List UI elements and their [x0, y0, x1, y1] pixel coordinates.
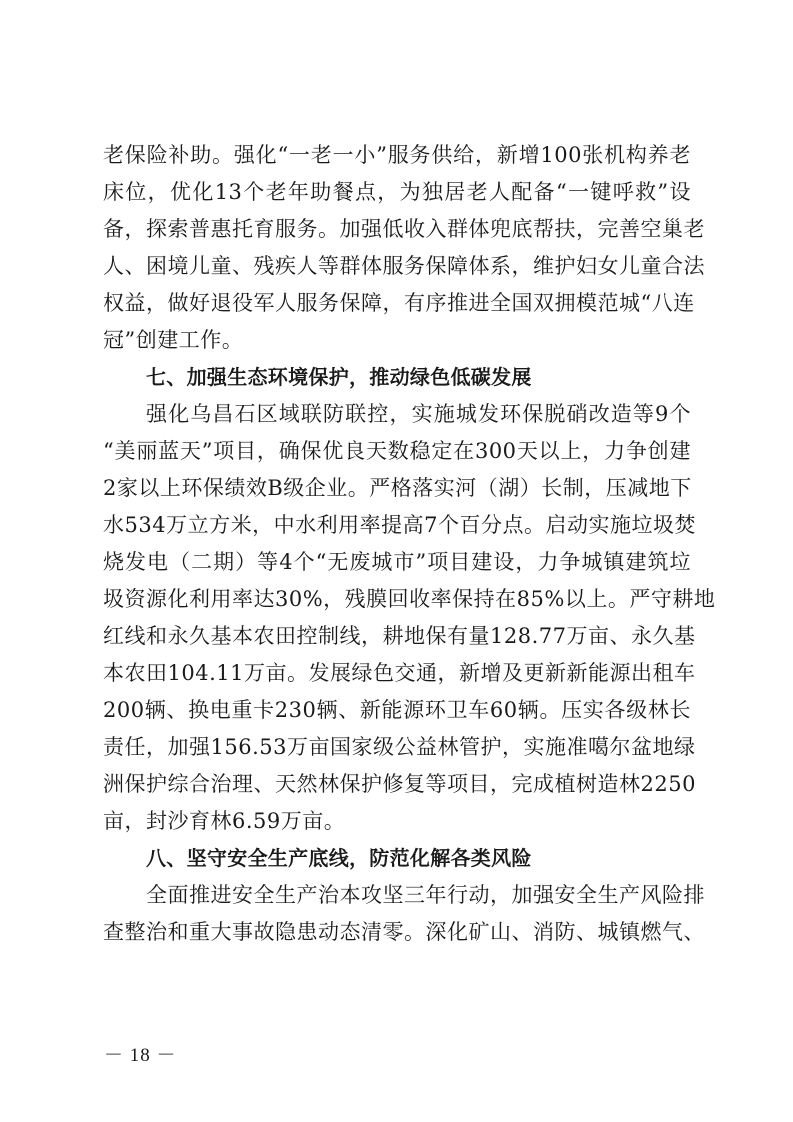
paragraph-line: “美丽蓝天”项目，确保优良天数稳定在300天以上，力争创建	[103, 433, 691, 470]
page-number: － 18 －	[104, 1040, 177, 1067]
paragraph-line: 本农田104.11万亩。发展绿色交通，新增及更新新能源出租车	[103, 655, 691, 692]
paragraph-line: 200辆、换电重卡230辆、新能源环卫车60辆。压实各级林长	[103, 692, 691, 729]
section-heading-7: 七、加强生态环境保护，推动绿色低碳发展	[103, 359, 691, 396]
paragraph-line: 老保险补助。强化“一老一小”服务供给，新增100张机构养老	[103, 137, 691, 174]
paragraph-line: 强化乌昌石区域联防联控，实施城发环保脱硝改造等9个	[103, 396, 691, 433]
paragraph-line: 水534万立方米，中水利用率提高7个百分点。启动实施垃圾焚	[103, 507, 691, 544]
paragraph-line: 权益，做好退役军人服务保障，有序推进全国双拥模范城“八连	[103, 285, 691, 322]
body-text: 老保险补助。强化“一老一小”服务供给，新增100张机构养老 床位，优化13个老年…	[103, 137, 691, 951]
paragraph-line: 全面推进安全生产治本攻坚三年行动，加强安全生产风险排	[103, 877, 691, 914]
paragraph-line: 2家以上环保绩效B级企业。严格落实河（湖）长制，压减地下	[103, 470, 691, 507]
paragraph-line: 红线和永久基本农田控制线，耕地保有量128.77万亩、永久基	[103, 618, 691, 655]
paragraph-line: 查整治和重大事故隐患动态清零。深化矿山、消防、城镇燃气、	[103, 914, 691, 951]
paragraph-line: 床位，优化13个老年助餐点，为独居老人配备“一键呼救”设	[103, 174, 691, 211]
paragraph-line: 洲保护综合治理、天然林保护修复等项目，完成植树造林2250	[103, 766, 691, 803]
paragraph-line: 备，探索普惠托育服务。加强低收入群体兜底帮扶，完善空巢老	[103, 211, 691, 248]
paragraph-line: 责任，加强156.53万亩国家级公益林管护，实施准噶尔盆地绿	[103, 729, 691, 766]
document-page: 老保险补助。强化“一老一小”服务供给，新增100张机构养老 床位，优化13个老年…	[0, 0, 793, 1122]
paragraph-line: 烧发电（二期）等4个“无废城市”项目建设，力争城镇建筑垃	[103, 544, 691, 581]
paragraph-line: 冠”创建工作。	[103, 322, 691, 359]
paragraph-line: 圾资源化利用率达30%，残膜回收率保持在85%以上。严守耕地	[103, 581, 691, 618]
paragraph-line: 人、困境儿童、残疾人等群体服务保障体系，维护妇女儿童合法	[103, 248, 691, 285]
paragraph-line: 亩，封沙育林6.59万亩。	[103, 803, 691, 840]
section-heading-8: 八、坚守安全生产底线，防范化解各类风险	[103, 840, 691, 877]
